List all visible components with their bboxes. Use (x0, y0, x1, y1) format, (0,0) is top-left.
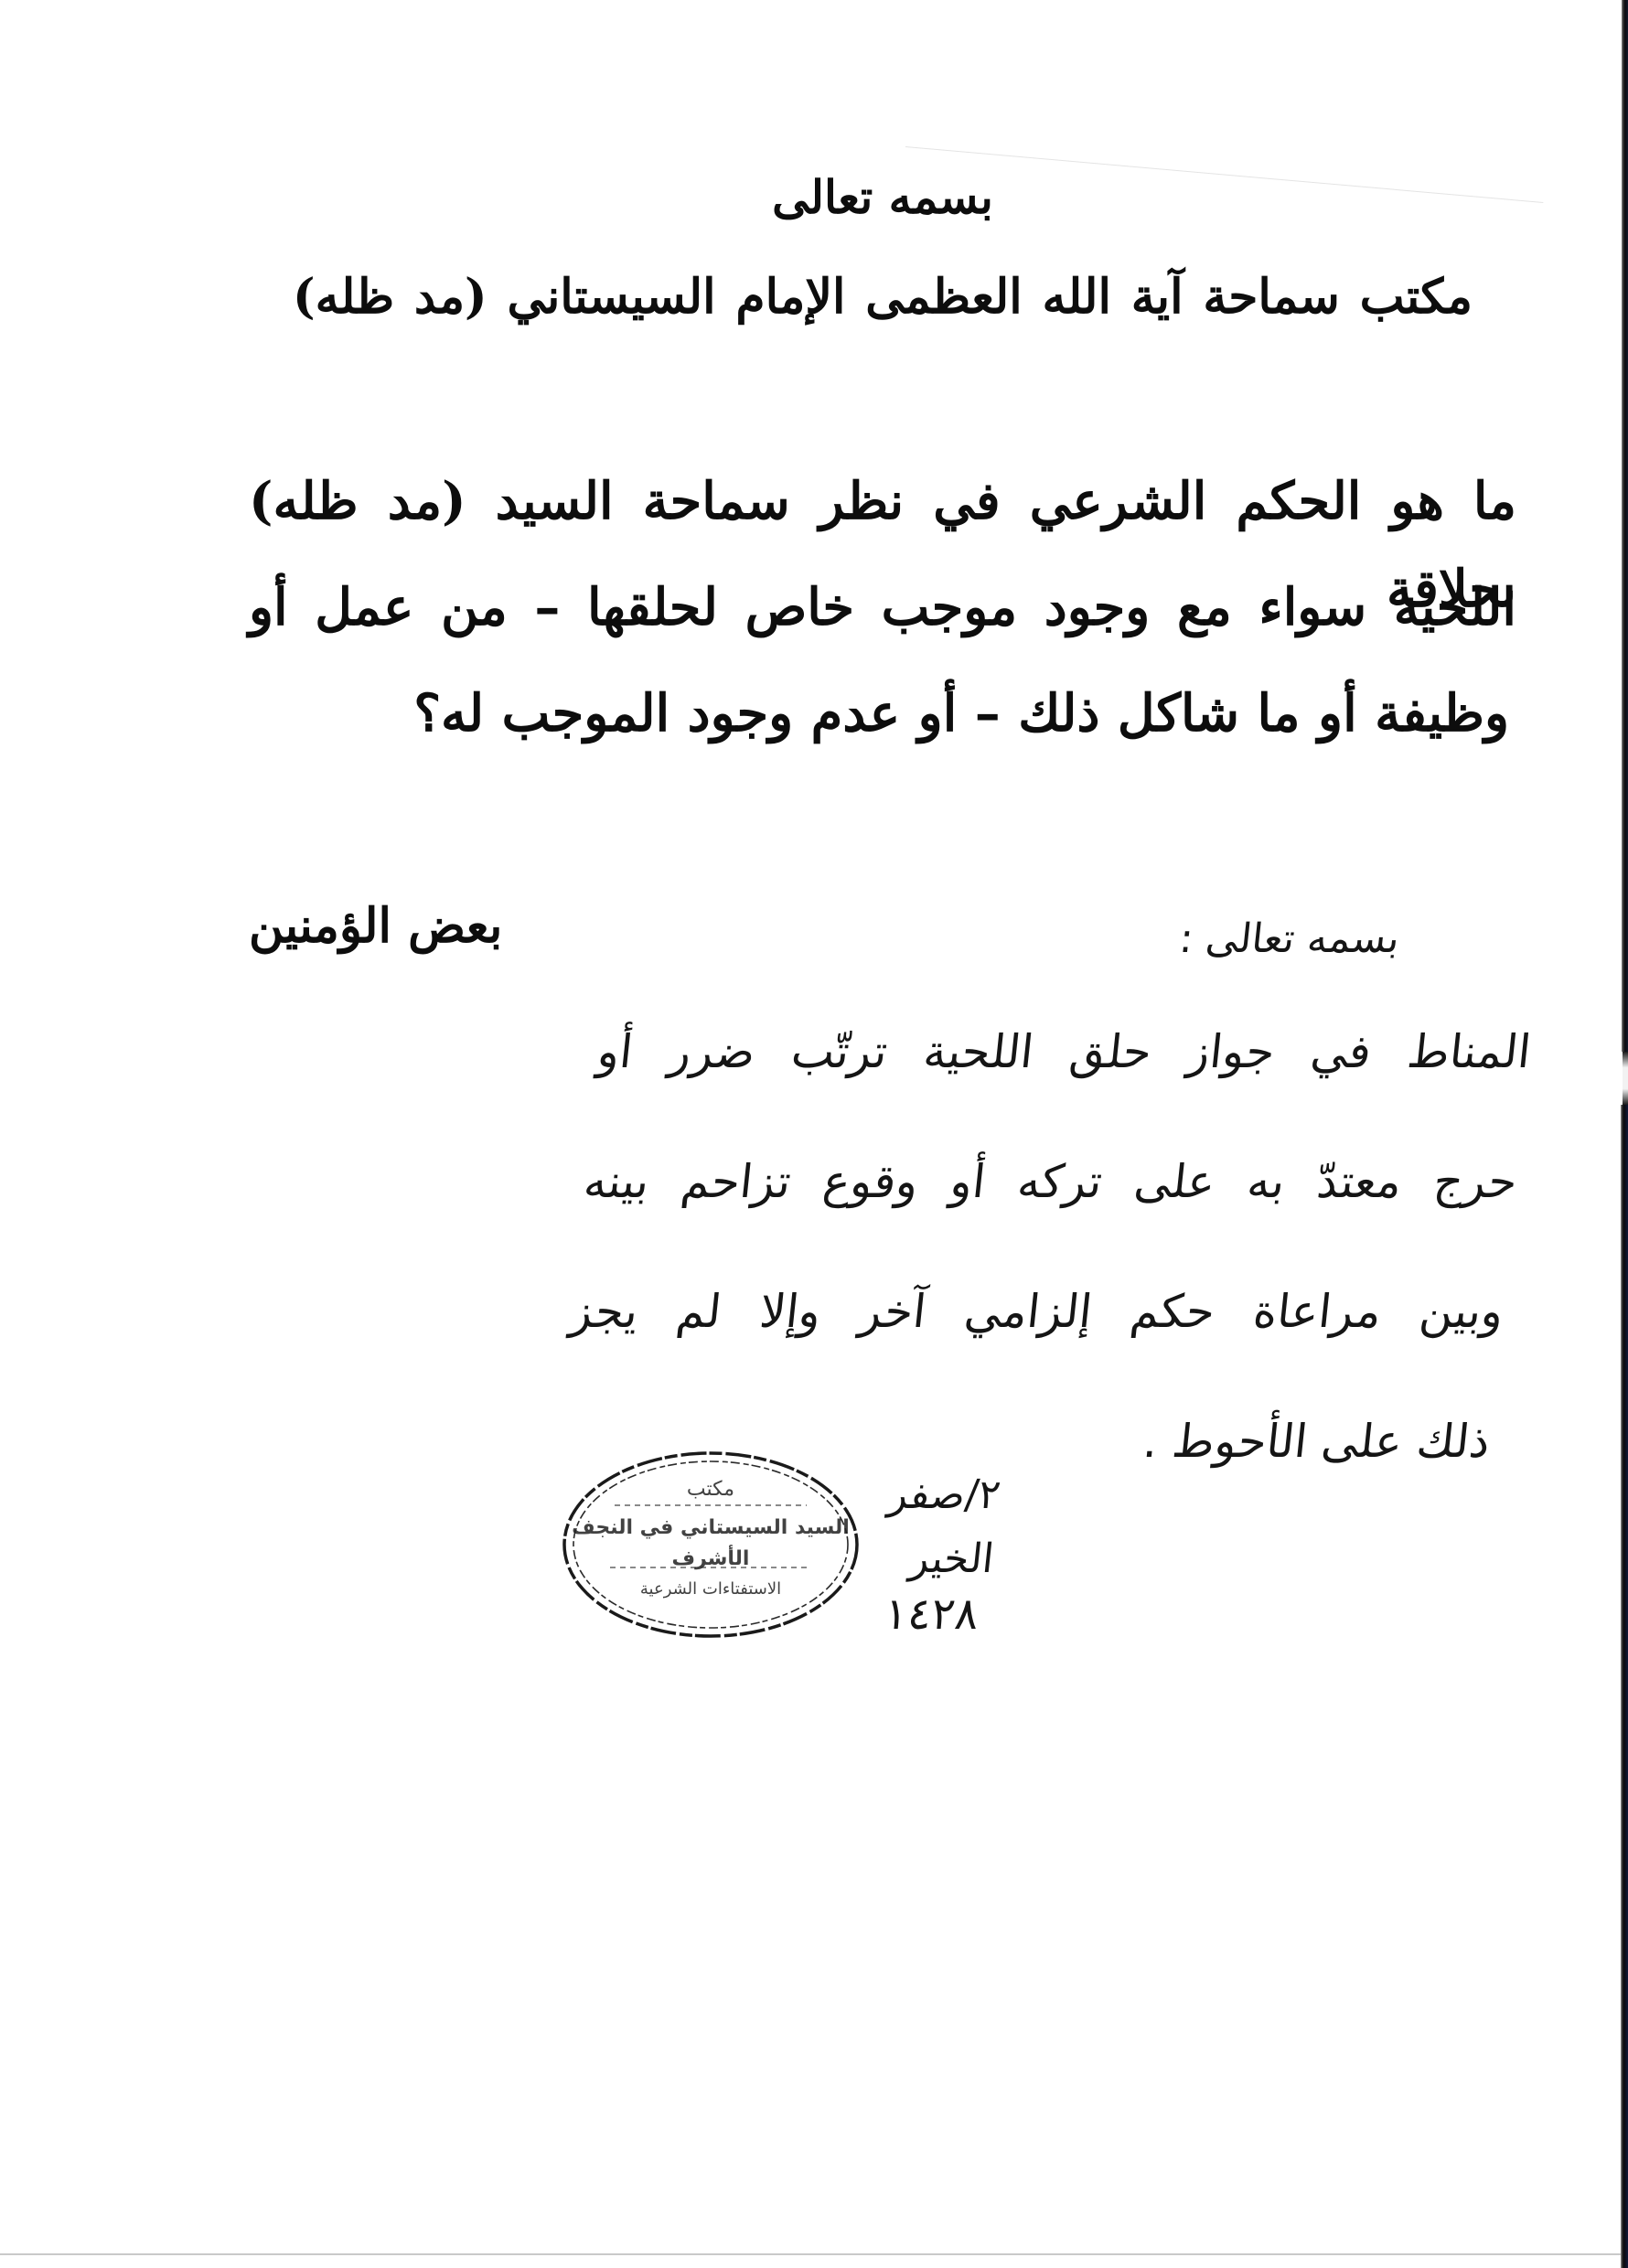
scan-edge-gap (1623, 1052, 1628, 1105)
seal-bottom-text: الاستفتاءات الشرعية (560, 1577, 862, 1602)
answer-block: المناط في جواز حلق اللحية ترتّب ضرر أو ح… (549, 997, 1537, 1516)
header-office-title: مكتب سماحة آية الله العظمى الإمام السيست… (293, 256, 1473, 338)
question-line-2: اللحية سواء مع وجود موجب خاص لحلقها – من… (249, 563, 1516, 669)
scan-edge-bottom (0, 2253, 1621, 2255)
scan-edge-right-lower (1621, 1105, 1628, 2268)
question-block: ما هو الحكم الشرعي في نظر سماحة السيد (م… (249, 457, 1516, 776)
answer-line-3: وبين مراعاة حكم إلزامي آخر وإلا لم يجز (562, 1257, 1509, 1386)
header-basmala: بسمه تعالى (0, 161, 1628, 234)
seal-top-text: مكتب (560, 1476, 862, 1503)
scan-edge-right (1622, 0, 1628, 1052)
asker-signature: بعض الؤمنين (249, 885, 541, 968)
question-line-1: ما هو الحكم الشرعي في نظر سماحة السيد (م… (249, 457, 1516, 563)
question-line-3: وظيفة أو ما شاكل ذلك – أو عدم وجود الموج… (249, 669, 1516, 776)
seal-middle-text: السيد السيستاني في النجف الأشرف (560, 1513, 862, 1575)
answer-line-1: المناط في جواز حلق اللحية ترتّب ضرر أو (590, 997, 1537, 1127)
answer-line-2: حرج معتدّ به على تركه أو وقوع تزاحم بينه (576, 1127, 1523, 1257)
answer-basmala: بسمه تعالى : (1149, 907, 1402, 971)
office-seal: مكتب السيد السيستاني في النجف الأشرف الا… (560, 1449, 862, 1641)
answer-year: ١٤٢٨ (838, 1582, 981, 1646)
answer-line-4: ذلك على الأحوط . (942, 1386, 1495, 1516)
answer-date: ٢/صفر الخير (835, 1463, 1004, 1591)
scanned-page: بسمه تعالى مكتب سماحة آية الله العظمى ال… (0, 0, 1628, 2268)
